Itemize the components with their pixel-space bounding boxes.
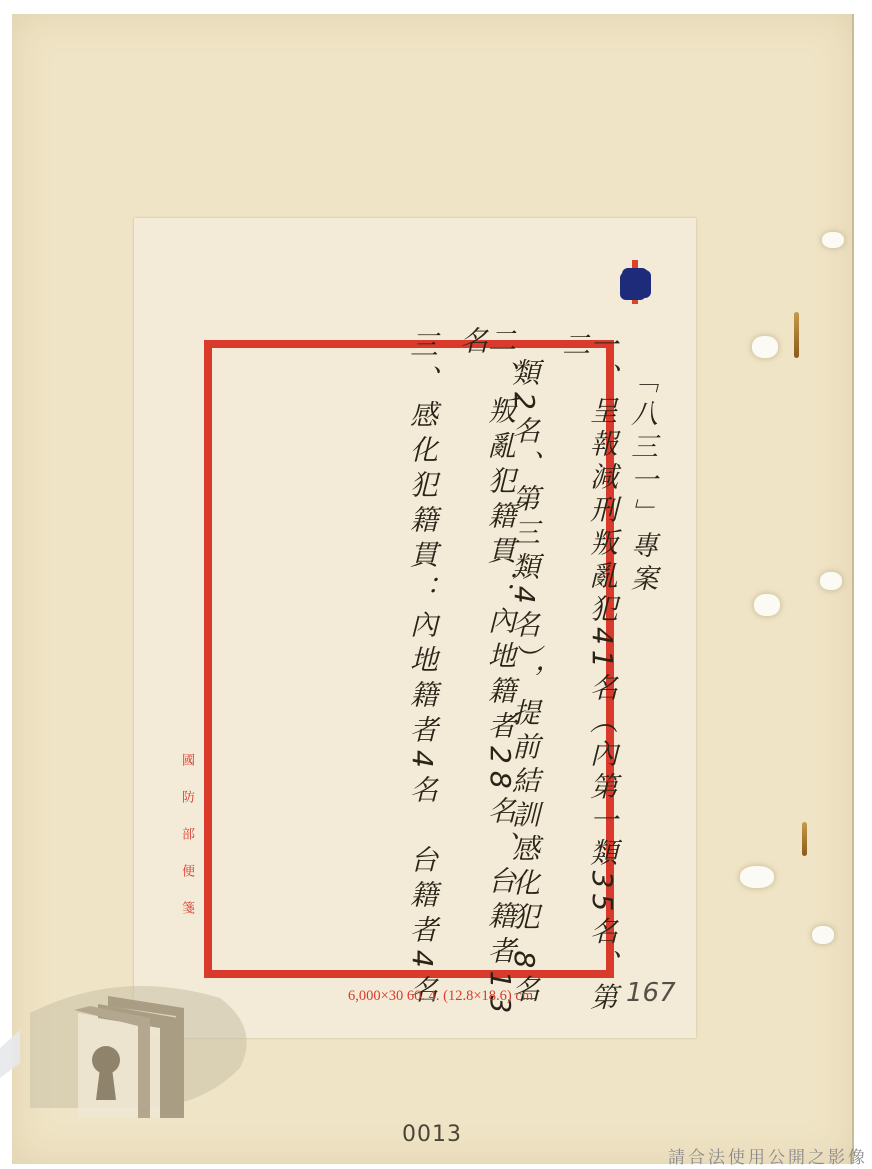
memo-title: 「八三一」專案 — [628, 366, 655, 597]
rust-stain — [794, 312, 799, 358]
confidential-seal-icon — [620, 260, 650, 304]
stationery-label: 國防部便箋 — [177, 753, 196, 938]
stationery-spec: 6,000×30 60. 4. (12.8×18.6) cm — [348, 988, 533, 1005]
page-number: 167 — [626, 978, 676, 1008]
punch-hole — [754, 594, 780, 616]
punch-hole — [812, 926, 834, 944]
archive-book-keyhole-icon — [0, 968, 260, 1118]
punch-hole — [740, 866, 774, 888]
archive-number: 0013 — [402, 1122, 462, 1147]
punch-hole — [822, 232, 844, 248]
memo-line-1: 一、呈報減刑叛亂犯41名（內第一類35名、第二 — [560, 330, 616, 1038]
punch-hole — [820, 572, 842, 590]
memo-line-4: 三、感化犯籍貫：內地籍者4名 台籍者4名 — [408, 330, 436, 1010]
notepaper: 「八三一」專案 一、呈報減刑叛亂犯41名（內第一類35名、第二 類2名、第三類4… — [134, 218, 696, 1038]
usage-notice: 請合法使用公開之影像 — [668, 1143, 868, 1168]
memo-line-3: 二、叛亂犯籍貫：內地籍者28名、台籍者13名 — [458, 326, 514, 1038]
rust-stain — [802, 822, 807, 856]
punch-hole — [752, 336, 778, 358]
